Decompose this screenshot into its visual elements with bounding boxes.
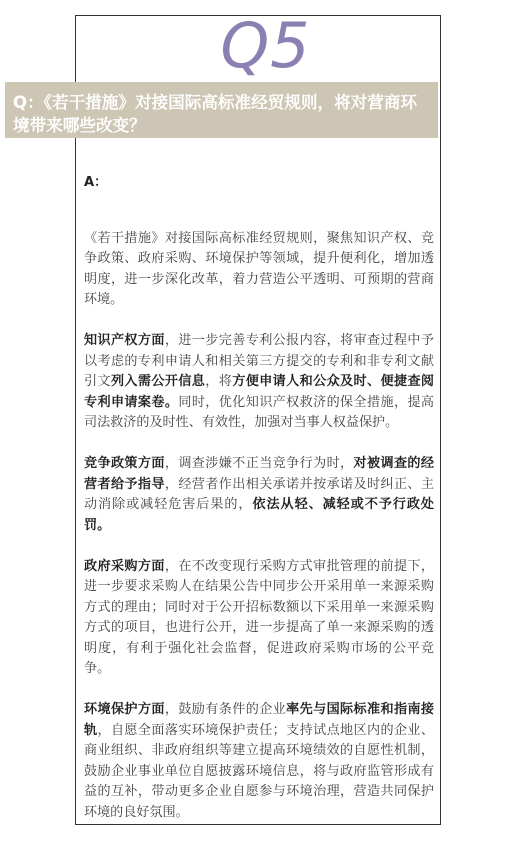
section-intellectual-property: 知识产权方面，进一步完善专利公报内容，将审查过程中予以考虑的专利申请人和相关第三… bbox=[84, 331, 434, 434]
section-title: 政府采购方面 bbox=[84, 559, 165, 574]
answer-label: A： bbox=[84, 173, 434, 194]
section-title: 竞争政策方面 bbox=[84, 456, 165, 471]
section-text: ，调查涉嫌不正当竞争行为时， bbox=[165, 456, 354, 471]
section-government-procurement: 政府采购方面，在不改变现行采购方式审批管理的前提下，进一步要求采购人在结果公告中… bbox=[84, 557, 434, 680]
section-competition-policy: 竞争政策方面，调查涉嫌不正当竞争行为时，对被调查的经营者给予指导，经营者作出相关… bbox=[84, 454, 434, 536]
section-text: ，鼓励有条件的企业 bbox=[165, 702, 286, 717]
answer-intro: 《若干措施》对接国际高标准经贸规则，聚焦知识产权、竞争政策、政府采购、环境保护等… bbox=[84, 229, 434, 311]
question-banner: Q：《若干措施》对接国际高标准经贸规则，将对营商环境带来哪些改变？ bbox=[5, 82, 438, 138]
section-title: 知识产权方面 bbox=[84, 333, 165, 348]
question-number: Q5 bbox=[0, 13, 517, 79]
section-highlight: 列入需公开信息 bbox=[111, 374, 205, 389]
section-text: ，在不改变现行采购方式审批管理的前提下，进一步要求采购人在结果公告中同步公开采用… bbox=[84, 559, 434, 677]
section-environmental-protection: 环境保护方面，鼓励有条件的企业率先与国际标准和指南接轨，自愿全面落实环境保护责任… bbox=[84, 700, 434, 823]
question-text: Q：《若干措施》对接国际高标准经贸规则，将对营商环境带来哪些改变？ bbox=[13, 93, 417, 135]
section-title: 环境保护方面 bbox=[84, 702, 165, 717]
section-text: ，将 bbox=[205, 374, 232, 389]
answer-body: A： 《若干措施》对接国际高标准经贸规则，聚焦知识产权、竞争政策、政府采购、环境… bbox=[84, 173, 434, 844]
section-text: ，自愿全面落实环境保护责任；支持试点地区内的企业、商业组织、非政府组织等建立提高… bbox=[84, 723, 434, 820]
